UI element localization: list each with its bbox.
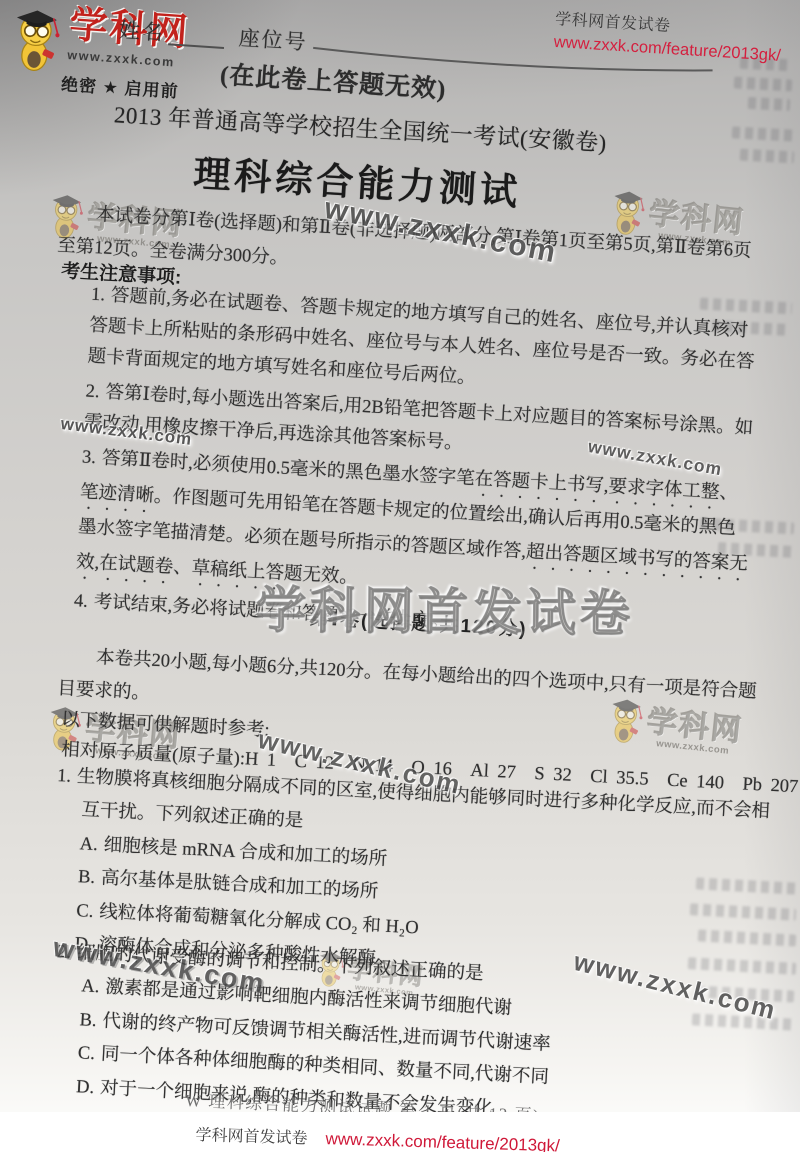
option-label: B. xyxy=(78,867,96,888)
notice-number: 4. xyxy=(73,591,88,612)
release-watermark: 学科网首发试卷 xyxy=(256,570,635,646)
bleed-through-mark xyxy=(748,97,791,111)
bottom-release-label: 学科网首发试卷 xyxy=(195,1122,308,1149)
notice-number: 3. xyxy=(81,447,96,468)
name-blank-line xyxy=(168,19,226,49)
option-label: A. xyxy=(81,977,100,998)
seat-label: 座位号 xyxy=(238,22,309,57)
name-label: 姓名 xyxy=(118,14,166,47)
option-label: C. xyxy=(77,1043,95,1064)
bottom-release-url: www.zxxk.com/feature/2013gk/ xyxy=(325,1129,560,1152)
option-label: D. xyxy=(76,1077,95,1098)
option-label: C. xyxy=(76,901,94,922)
option-label: B. xyxy=(79,1010,97,1031)
scanned-exam-page: { "brand": { "logo_text": "学科网", "logo_u… xyxy=(0,0,800,1152)
notice-number: 2. xyxy=(85,382,100,403)
mascot-icon xyxy=(7,2,64,75)
option-label: A. xyxy=(79,834,98,855)
question-number: 1. xyxy=(57,766,72,787)
notice-number: 1. xyxy=(91,285,106,306)
